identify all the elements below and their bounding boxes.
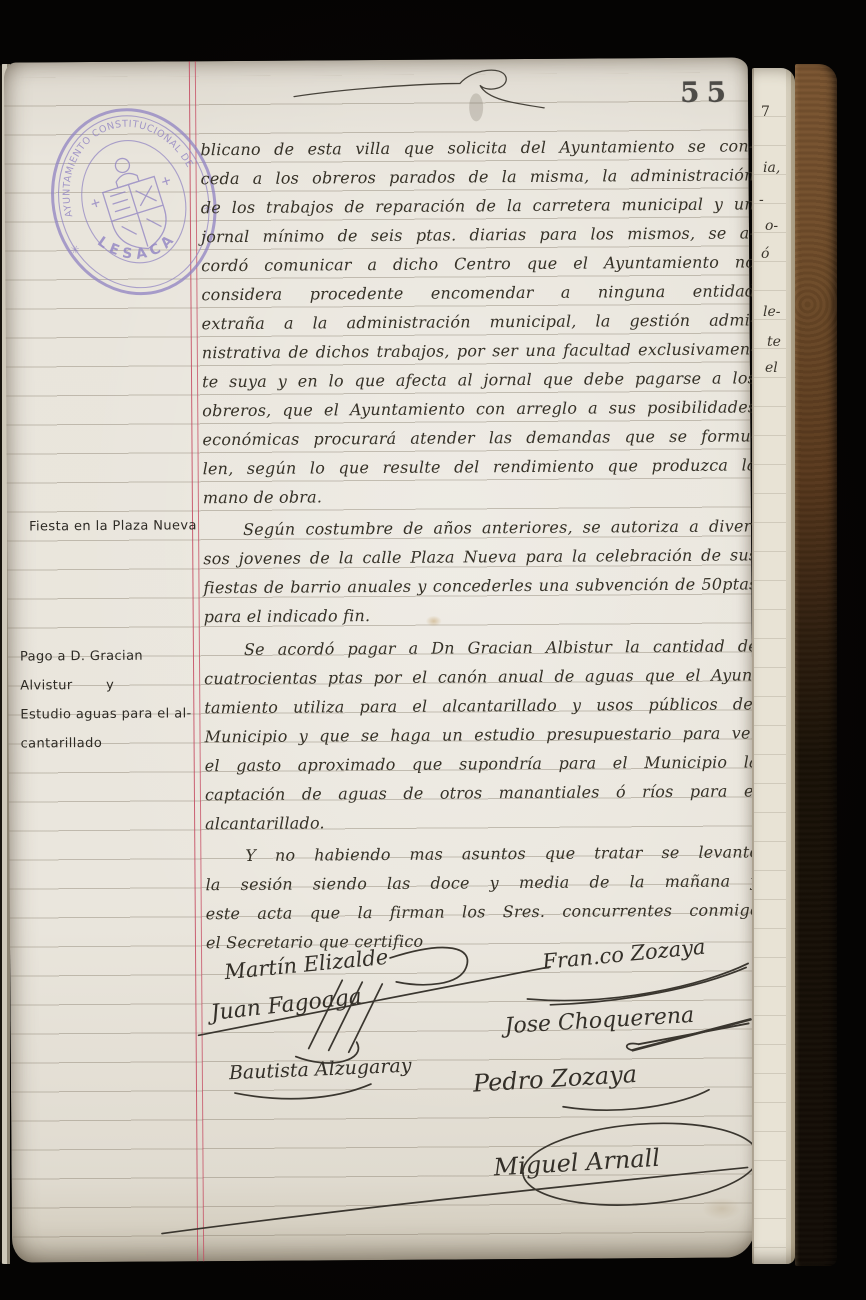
stray-pen-flourish — [294, 70, 544, 110]
handwritten-line: extraña a la administración municipal, l… — [202, 305, 756, 338]
handwritten-line: Según costumbre de años anteriores, se a… — [203, 511, 757, 544]
handwritten-line: cordó comunicar a dicho Centro que el Ay… — [201, 247, 755, 280]
signature-miguel-arnall: Miguel Arnall — [493, 1144, 661, 1182]
edge-text-fragment: o- — [765, 218, 778, 234]
margin-note-line: Estudio aguas para el al- — [20, 699, 200, 729]
body-section-water-payment: Se acordó pagar a Dn Gracian Albistur la… — [204, 631, 759, 838]
edge-text-fragment: le- — [763, 304, 781, 320]
edge-text-fragment: ó — [761, 246, 769, 262]
handwritten-line: tamiento utiliza para el alcantarillado … — [204, 689, 758, 722]
book-photograph: 55 AYUNTAMIENTO CONSTITUCIONAL DE LESACA… — [0, 0, 866, 1300]
margin-note-line: cantarillado — [20, 728, 200, 758]
signature-pedro-zozaya: Pedro Zozaya — [472, 1060, 638, 1098]
edge-text-fragment: - — [759, 192, 764, 208]
margin-note-pago-estudio: Pago a D. Gracian AlvisturyEstudio aguas… — [20, 641, 201, 758]
signature-bautista-alzugaray: Bautista Alzugaray — [228, 1055, 411, 1085]
signature-jose-choquerena: Jose Choquerena — [504, 1003, 695, 1039]
book-cover-edge — [795, 64, 837, 1266]
handwritten-line: considera procedente encomendar a ningun… — [201, 276, 755, 309]
margin-note-line: Pago a D. Gracian Alvistur — [20, 641, 200, 671]
edge-text-fragment: te — [767, 334, 781, 350]
handwritten-line: sos jovenes de la calle Plaza Nueva para… — [203, 540, 757, 573]
page-number: 55 — [680, 76, 733, 109]
handwritten-line: len, según lo que resulte del rendimient… — [203, 450, 757, 483]
handwritten-line: este acta que la firman los Sres. concur… — [206, 895, 760, 928]
handwritten-line: Se acordó pagar a Dn Gracian Albistur la… — [204, 631, 758, 664]
handwritten-line: alcantarillado. — [205, 805, 759, 838]
handwritten-line: jornal mínimo de seis ptas. diarias para… — [201, 218, 755, 251]
edge-text-fragment: el — [765, 360, 778, 376]
handwritten-line: mano de obra. — [203, 479, 757, 512]
edge-text-fragment: 7 — [761, 104, 770, 120]
handwritten-line: te suya y en lo que afecta al jornal que… — [202, 363, 756, 396]
svg-text:LESACA: LESACA — [91, 213, 183, 276]
manuscript-page: 55 AYUNTAMIENTO CONSTITUCIONAL DE LESACA… — [4, 57, 756, 1262]
edge-text-fragment: ia, — [763, 160, 780, 176]
next-page-edge: 7ia,-o-óle-teel — [752, 68, 795, 1264]
handwritten-line: la sesión siendo las doce y media de la … — [205, 866, 759, 899]
signature-juan-fagoaga: Juan Fagoaga — [209, 984, 363, 1026]
foxing-spot — [702, 1197, 742, 1219]
handwritten-line: ceda a los obreros parados de la misma, … — [201, 160, 755, 193]
handwritten-line: Municipio y que se haga un estudio presu… — [204, 718, 758, 751]
handwritten-line: nistrativa de dichos trabajos, por ser u… — [202, 334, 756, 367]
stamp-bottom-text: LESACA — [91, 213, 183, 276]
handwritten-line: fiestas de barrio anuales y concederles … — [203, 569, 757, 602]
handwritten-line: cuatrocientas ptas por el canón anual de… — [204, 660, 758, 693]
handwritten-line: Y no habiendo mas asuntos que tratar se … — [205, 837, 759, 870]
body-section-republican-centre: blicano de esta villa que solicita del A… — [200, 131, 757, 512]
handwritten-line: captación de aguas de otros manantiales … — [205, 776, 759, 809]
handwritten-line: obreros, que el Ayuntamiento con arreglo… — [202, 392, 756, 425]
handwritten-line: el gasto aproximado que supondría para e… — [205, 747, 759, 780]
body-section-plaza-nueva-festival: Según costumbre de años anteriores, se a… — [203, 511, 758, 631]
handwritten-line: económicas procurará atender las demanda… — [202, 421, 756, 454]
handwritten-line: de los trabajos de reparación de la carr… — [201, 189, 755, 222]
handwritten-line: blicano de esta villa que solicita del A… — [200, 131, 754, 164]
handwritten-line: para el indicado fin. — [204, 598, 758, 631]
signature-rubrics — [160, 945, 756, 1233]
margin-note-fiesta: Fiesta en la Plaza Nueva — [29, 517, 197, 535]
